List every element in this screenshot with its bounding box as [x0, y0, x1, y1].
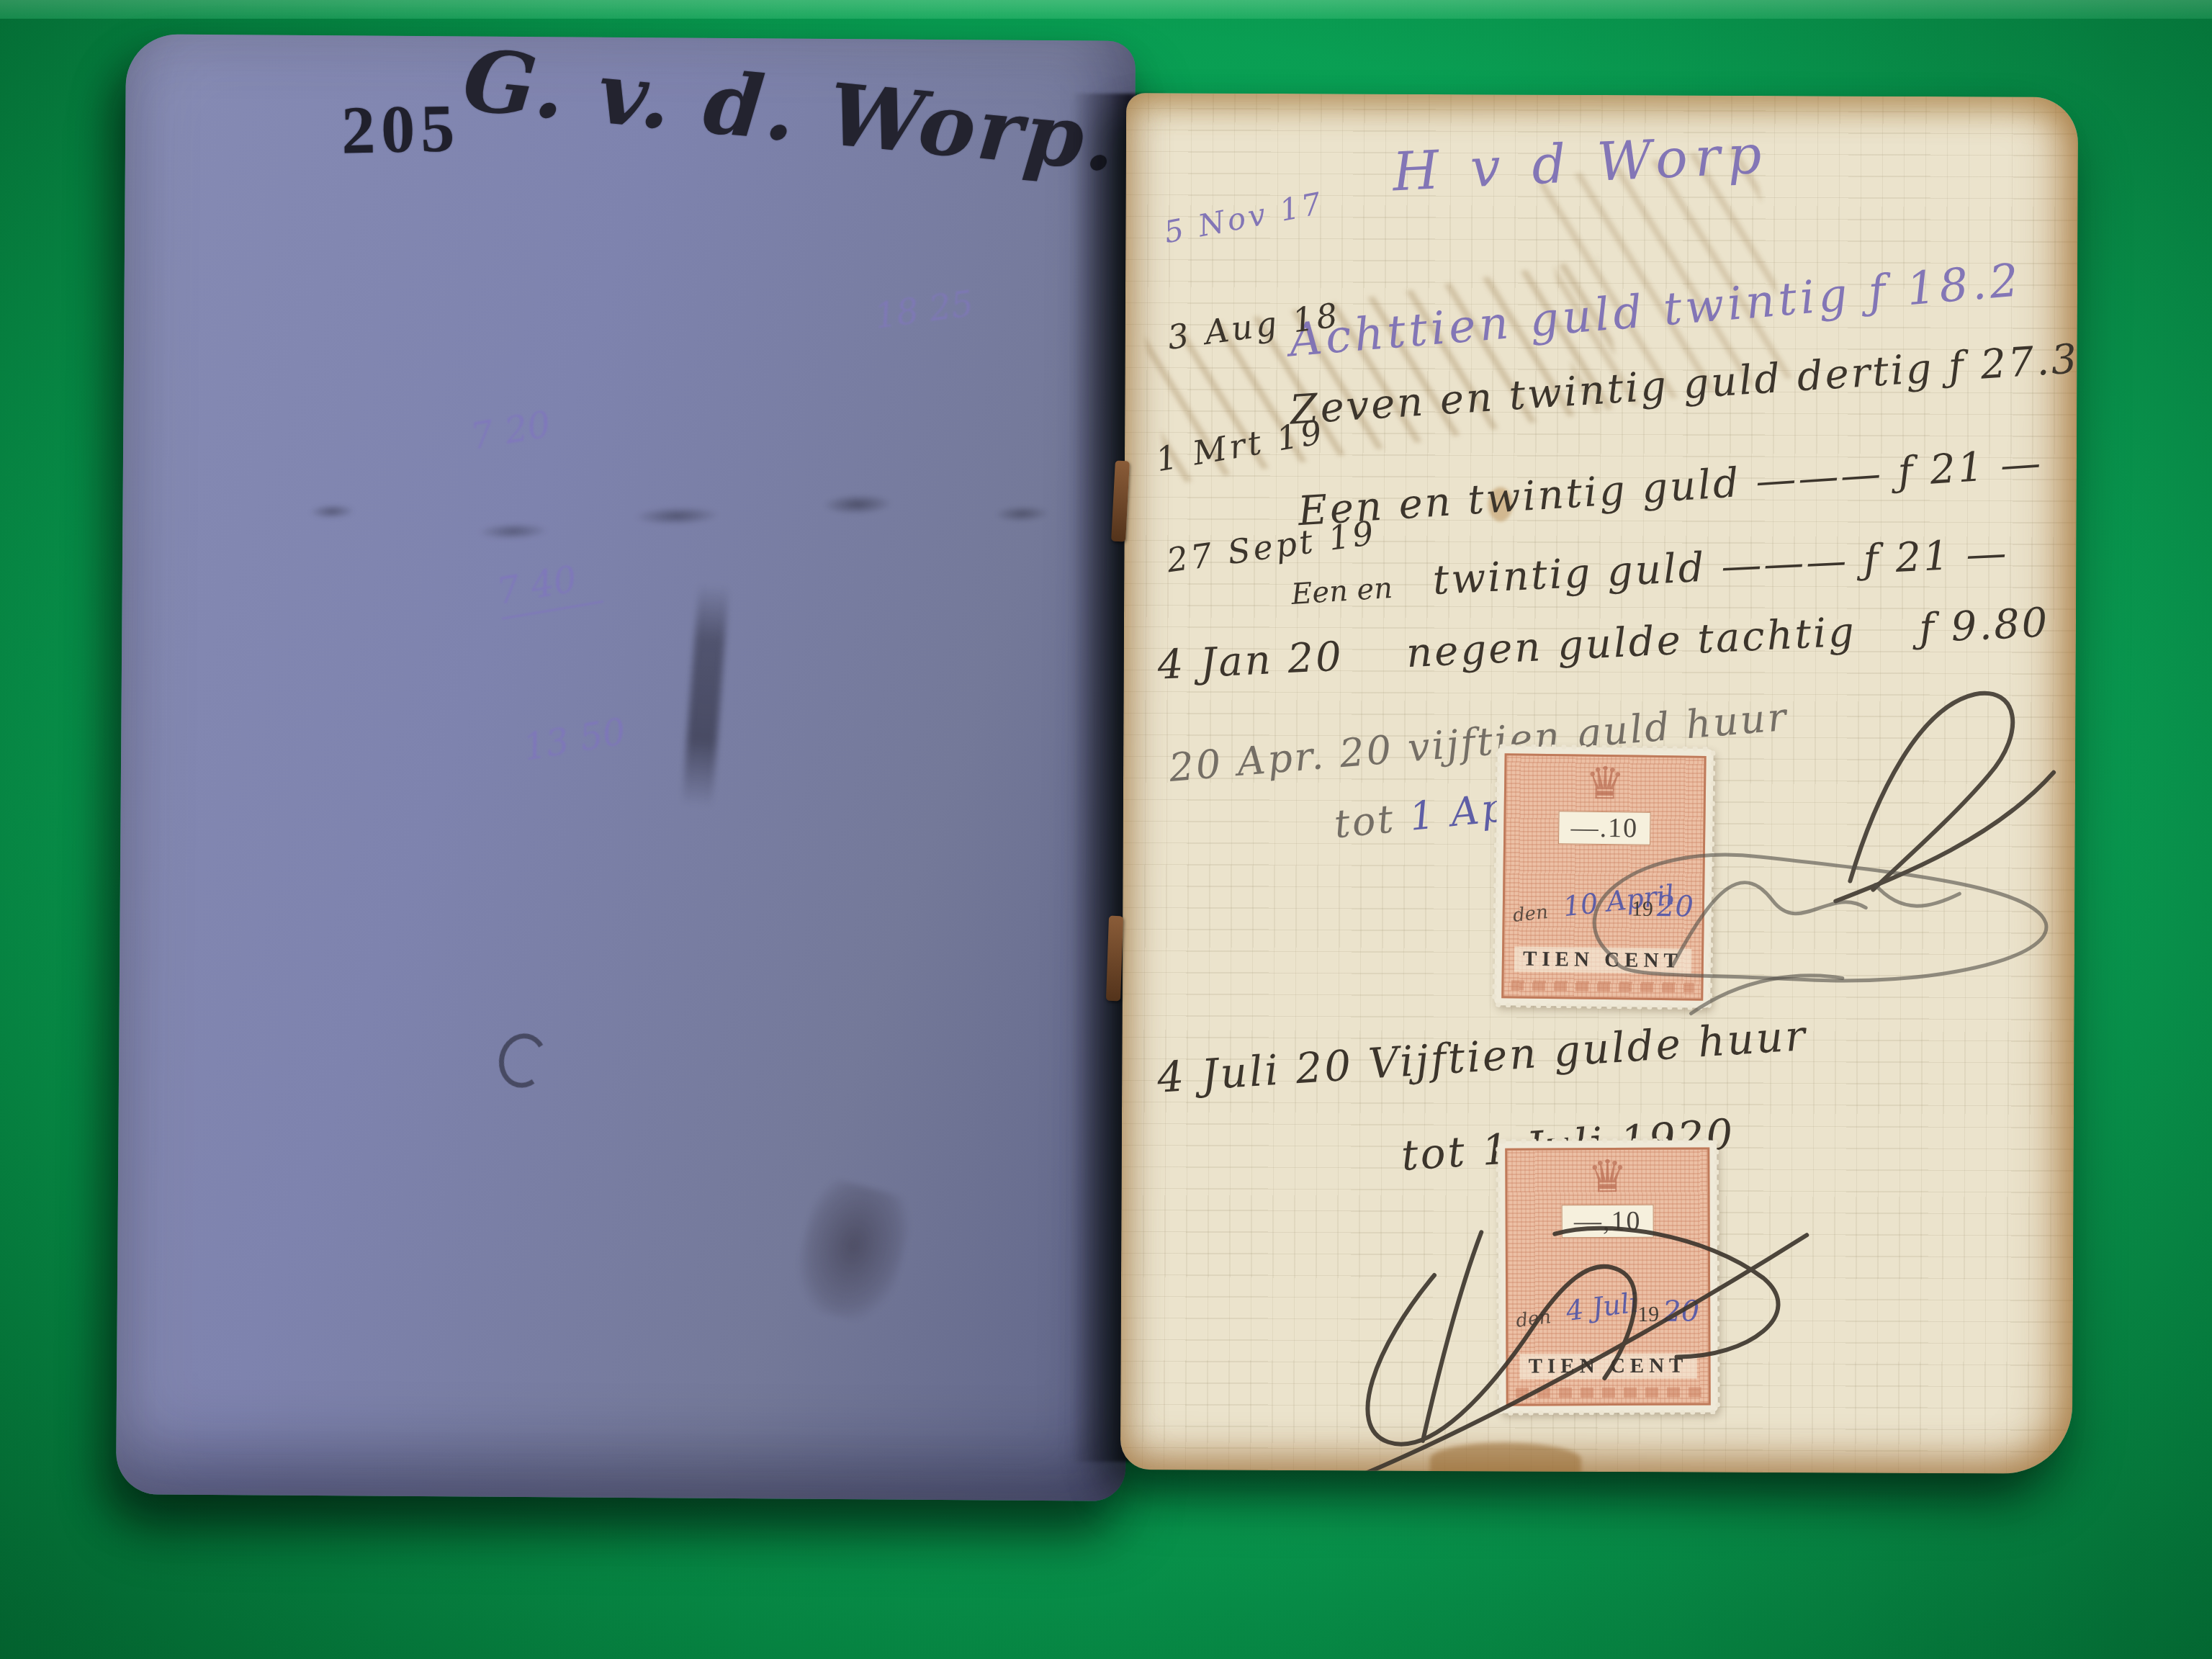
- entry-text: negen gulde tachtig: [1406, 608, 1858, 677]
- entry-amount: ƒ 9.80: [1918, 599, 2051, 652]
- note-word: tot: [1332, 796, 1398, 847]
- ink-transfer-smudge: [266, 453, 1089, 584]
- ink-signature-flourish: [1300, 1188, 1842, 1474]
- faded-pencil-calculation: 7 20 7 40 13 50: [449, 292, 647, 877]
- photo-scene: 205 G. v. d. Worp. 7 20 7 40 13 50 18 25…: [0, 0, 2212, 1659]
- entry-date: 4 Juli 20: [1156, 1040, 1354, 1102]
- felt-top-highlight: [0, 0, 2212, 19]
- entry-amount: ƒ 27.30: [1947, 334, 2078, 391]
- entry-amount: ƒ 18.2: [1866, 253, 2024, 318]
- ink-smudge-streak: [682, 583, 729, 808]
- booklet-number: 205: [341, 89, 461, 169]
- ink-smudge-blob: [787, 1175, 918, 1329]
- booklet-cover: 205 G. v. d. Worp. 7 20 7 40 13 50 18 25: [116, 34, 1136, 1501]
- rusty-staple: [1106, 916, 1123, 1002]
- pen-c-mark: [494, 1029, 552, 1092]
- entry-line: Een en twintig guld ——— ƒ 21 —: [1297, 440, 2044, 536]
- entry-prefix: Een en: [1290, 572, 1393, 611]
- entry-text: Een en twintig guld ———: [1297, 450, 1884, 535]
- spacer: [1359, 667, 1392, 669]
- spacer: [1871, 643, 1905, 644]
- owner-name-handwriting: G. v. d. Worp.: [459, 30, 1123, 191]
- entry-amount: ƒ 21 —: [1862, 530, 2009, 584]
- entry-line: 4 Juli 20 Vijftien gulde huur: [1156, 1011, 1809, 1102]
- entry-date: 4 Jan 20: [1156, 633, 1344, 688]
- faded-pencil-number: 18 25: [872, 284, 976, 337]
- entry-text: twintig guld ———: [1431, 537, 1849, 604]
- faded-calc-line: 13 50: [519, 706, 629, 774]
- entry-date: 27 Sept 19: [1164, 513, 1379, 580]
- entry-line: twintig guld ——— ƒ 21 —: [1431, 530, 2010, 604]
- booklet-page: H v d Worp 5 Nov 17 Achttien guld twinti…: [1120, 93, 2078, 1474]
- entry-amount: ƒ 21 —: [1897, 440, 2044, 496]
- entry-date: 5 Nov 17: [1161, 185, 1327, 250]
- faded-calc-line: 7 20: [467, 395, 577, 463]
- entry-date: 20 Apr. 20: [1167, 727, 1395, 791]
